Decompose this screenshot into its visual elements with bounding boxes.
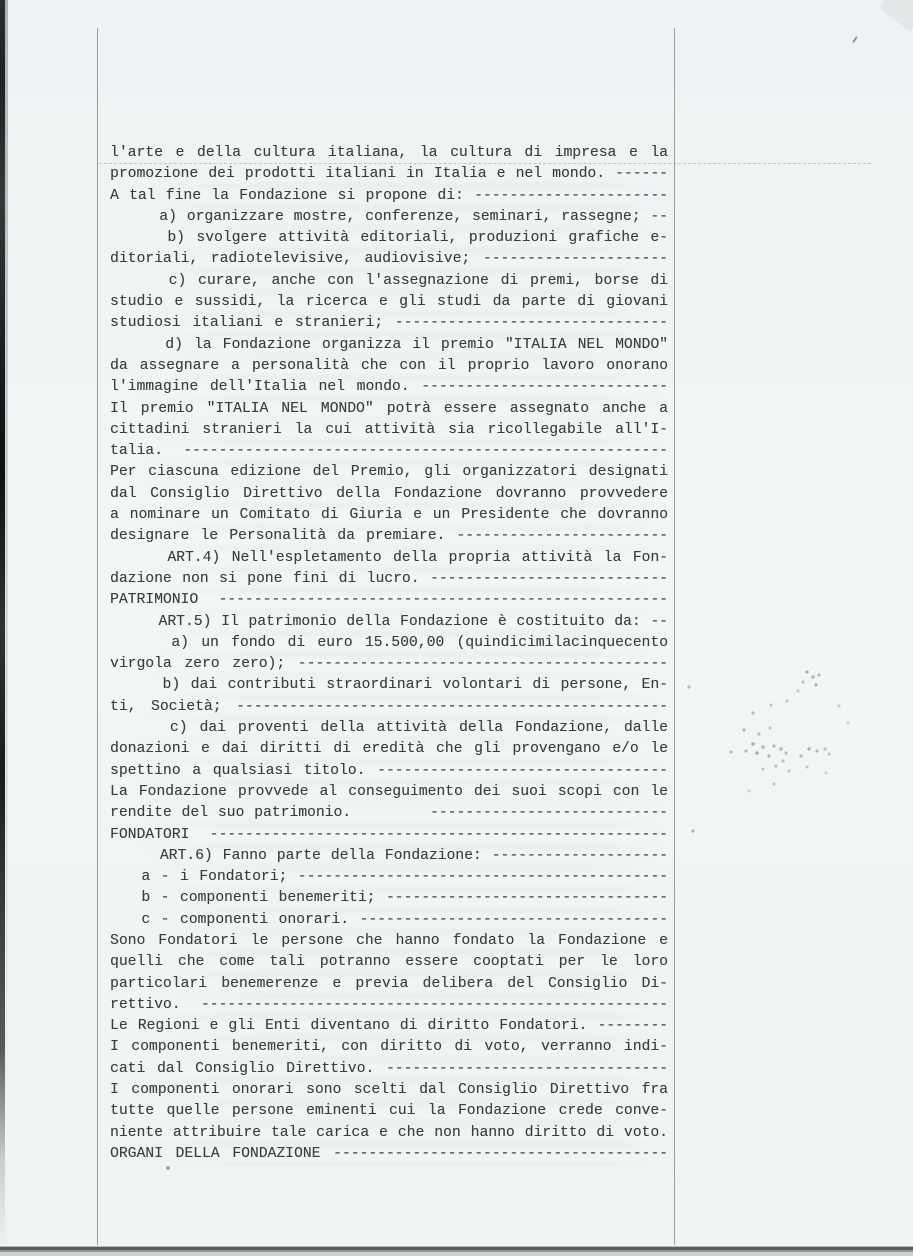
scan-left-edge-shadow (5, 0, 8, 1240)
scan-bottom-edge-artifact (0, 1246, 913, 1256)
text-line: l'arte e della cultura italiana, la cult… (110, 143, 668, 164)
scan-corner-shade (879, 0, 913, 32)
scan-tick-mark (852, 36, 858, 43)
scan-speckle-noise (0, 0, 2, 2)
scanned-document-page: { "page": { "colors": { "paper": "#f0f4f… (0, 0, 913, 1256)
scan-bleed-through (128, 182, 668, 1167)
